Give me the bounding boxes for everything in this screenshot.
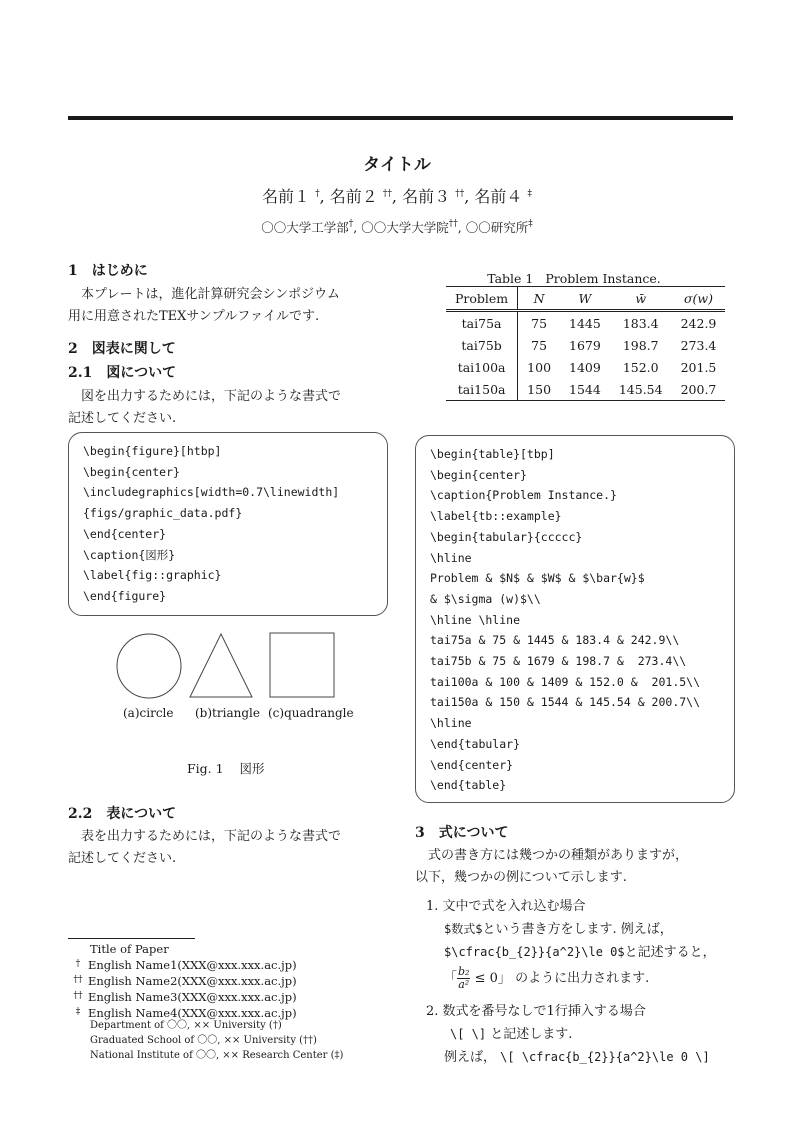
section-2-heading: 2図表に関して bbox=[68, 338, 176, 358]
section-1-body: 本プレートは，進化計算研究会シンポジウム 用に用意されたTEXサンプルファイルで… bbox=[68, 284, 393, 328]
footnote-name-2: ††English Name2(XXX@xxx.xxx.ac.jp) bbox=[68, 973, 388, 989]
figure-caption: Fig. 1 図形 bbox=[187, 759, 265, 777]
footnote-name-1: †English Name1(XXX@xxx.xxx.ac.jp) bbox=[68, 957, 388, 973]
author-4: 名前４ ‡ bbox=[474, 187, 532, 206]
paper-title: タイトル bbox=[0, 150, 794, 175]
table-code-box: \begin{table}[tbp] \begin{center} \capti… bbox=[415, 435, 735, 803]
section-3-body: 式の書き方には幾つかの種類がありますが， 以下，幾つかの例について示します. bbox=[415, 845, 740, 889]
section-2-2-heading: 2.2表について bbox=[68, 803, 176, 823]
author-3: 名前３ ††, bbox=[402, 187, 469, 206]
equation-item-1: 1. 文中で式を入れ込む場合 $数式$という書き方をします. 例えば， $\cf… bbox=[426, 896, 741, 991]
section-1-heading: 1はじめに bbox=[68, 260, 148, 280]
triangle-shape bbox=[190, 634, 252, 697]
footnote-rule bbox=[68, 938, 195, 939]
affiliation-1: 〇〇大学工学部†, bbox=[261, 220, 361, 235]
problem-instance-table: Problem N W w̄ σ(w) tai75a751445183.4242… bbox=[446, 286, 725, 401]
table-row: tai150a1501544145.54200.7 bbox=[446, 378, 725, 401]
table-header-row: Problem N W w̄ σ(w) bbox=[446, 287, 725, 311]
footnote-names: †English Name1(XXX@xxx.xxx.ac.jp) ††Engl… bbox=[68, 957, 388, 1021]
figure-shapes bbox=[110, 628, 340, 704]
top-rule bbox=[68, 116, 733, 120]
circle-shape bbox=[117, 634, 181, 698]
affiliation-2: 〇〇大学大学院††, bbox=[361, 220, 465, 235]
subcaption-triangle: (b)triangle bbox=[195, 706, 260, 720]
footnote-institutions: Department of 〇〇, ×× University (†) Grad… bbox=[90, 1018, 400, 1063]
section-3-heading: 3式について bbox=[415, 822, 508, 842]
author-list: 名前１ †, 名前２ ††, 名前３ ††, 名前４ ‡ bbox=[0, 184, 794, 207]
footnote-title: Title of Paper bbox=[90, 942, 169, 957]
author-1: 名前１ †, bbox=[262, 187, 325, 206]
author-2: 名前２ ††, bbox=[330, 187, 397, 206]
square-shape bbox=[270, 633, 334, 697]
rendered-fraction-line: 「b₂a² ≤ 0」 のように出力されます. bbox=[426, 966, 741, 991]
section-2-2-body: 表を出力するためには，下記のような書式で 記述してください. bbox=[68, 826, 393, 870]
section-2-1-heading: 2.1図について bbox=[68, 362, 176, 382]
figure-code-box: \begin{figure}[htbp] \begin{center} \inc… bbox=[68, 432, 388, 616]
subcaption-quadrangle: (c)quadrangle bbox=[268, 706, 354, 720]
equation-item-2: 2. 数式を番号なしで1行挿入する場合 \[ \] と記述します. 例えば， \… bbox=[426, 1001, 746, 1069]
table-row: tai75b751679198.7273.4 bbox=[446, 334, 725, 356]
footnote-name-3: ††English Name3(XXX@xxx.xxx.ac.jp) bbox=[68, 989, 388, 1005]
fraction: b₂a² bbox=[457, 966, 470, 991]
affiliation-list: 〇〇大学工学部†, 〇〇大学大学院††, 〇〇研究所‡ bbox=[0, 218, 794, 236]
affiliation-3: 〇〇研究所‡ bbox=[466, 220, 533, 235]
table-row: tai75a751445183.4242.9 bbox=[446, 311, 725, 335]
subcaption-circle: (a)circle bbox=[123, 706, 173, 720]
table-caption: Table 1 Problem Instance. bbox=[446, 271, 702, 286]
figure-subcaptions: (a)circle (b)triangle (c)quadrangle bbox=[0, 706, 400, 722]
section-2-1-body: 図を出力するためには，下記のような書式で 記述してください. bbox=[68, 386, 393, 430]
table-row: tai100a1001409152.0201.5 bbox=[446, 356, 725, 378]
